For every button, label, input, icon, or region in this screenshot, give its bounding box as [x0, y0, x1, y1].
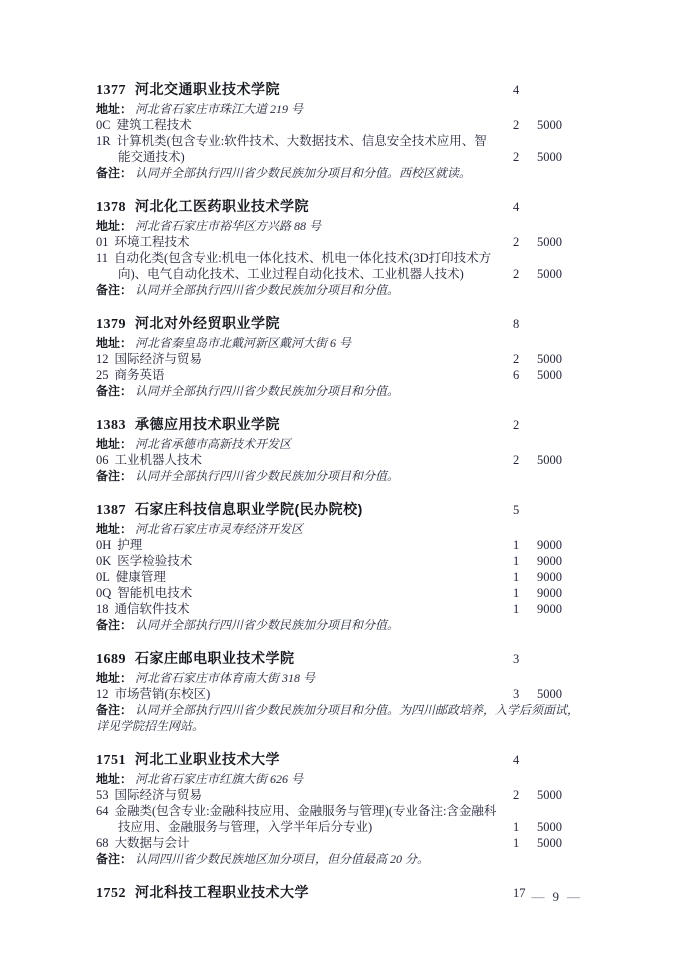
- school-remark-row: 备注：认同并全部执行四川省少数民族加分项目和分值。为四川邮政培养，入学后须面试，…: [96, 702, 587, 734]
- major-name-cell: 12国际经济与贸易: [96, 351, 513, 367]
- school-code: 1387: [96, 503, 126, 518]
- major-title: 计算机类(包含专业:软件技术、大数据技术、信息安全技术应用、智能交通技术): [117, 134, 487, 164]
- major-row: 0L健康管理 1 9000: [96, 569, 562, 585]
- major-fee: 5000: [533, 452, 562, 468]
- major-row: 11自动化类(包含专业:机电一体化技术、机电一体化技术(3D打印技术方向)、电气…: [96, 250, 562, 282]
- address-label: 地址：: [96, 219, 132, 233]
- major-fee: 5000: [533, 367, 562, 383]
- school-block: 1378河北化工医药职业技术学院 4 地址：河北省石家庄市裕华区方兴路 88 号…: [96, 197, 562, 298]
- school-address-row: 地址：河北省石家庄市体育南大街 318 号: [96, 670, 562, 686]
- major-name-cell: 12市场营销(东校区): [96, 686, 513, 702]
- major-name-cell: 11自动化类(包含专业:机电一体化技术、机电一体化技术(3D打印技术方向)、电气…: [96, 250, 513, 282]
- major-title: 医学检验技术: [117, 554, 192, 568]
- major-fee: 9000: [533, 537, 562, 553]
- school-name: 河北科技工程职业技术大学: [135, 884, 309, 900]
- school-address: 河北省石家庄市珠江大道 219 号: [135, 102, 303, 116]
- school-code: 1383: [96, 418, 126, 433]
- school-title: 1752河北科技工程职业技术大学: [96, 883, 513, 903]
- school-address-row: 地址：河北省石家庄市灵寿经济开发区: [96, 521, 562, 537]
- major-code: 06: [96, 453, 109, 467]
- major-code: 12: [96, 687, 109, 701]
- major-title: 国际经济与贸易: [115, 352, 203, 366]
- major-fee: 5000: [533, 351, 562, 367]
- school-title-row: 1689石家庄邮电职业技术学院 3: [96, 649, 562, 669]
- major-code: 18: [96, 602, 109, 616]
- address-label: 地址：: [96, 437, 132, 451]
- school-plan-count: 17: [513, 884, 533, 903]
- major-title: 智能机电技术: [117, 586, 192, 600]
- major-name-cell: 0H护理: [96, 537, 513, 553]
- school-block: 1379河北对外经贸职业学院 8 地址：河北省秦皇岛市北戴河新区戴河大街 6 号…: [96, 314, 562, 399]
- major-title: 市场营销(东校区): [115, 687, 211, 701]
- major-code: 1R: [96, 134, 111, 148]
- school-title: 1751河北工业职业技术大学: [96, 750, 513, 770]
- address-label: 地址：: [96, 772, 132, 786]
- school-plan-count: 2: [513, 416, 533, 435]
- major-count: 1: [513, 835, 533, 851]
- school-title-row: 1378河北化工医药职业技术学院 4: [96, 197, 562, 217]
- school-name: 石家庄邮电职业技术学院: [135, 650, 295, 666]
- major-count: 1: [513, 569, 533, 585]
- major-fee: 5000: [533, 117, 562, 133]
- major-code: 25: [96, 368, 109, 382]
- major-fee: 5000: [533, 234, 562, 250]
- school-address-row: 地址：河北省秦皇岛市北戴河新区戴河大街 6 号: [96, 335, 562, 351]
- major-row: 25商务英语 6 5000: [96, 367, 562, 383]
- school-title-row: 1383承德应用技术职业学院 2: [96, 415, 562, 435]
- school-remark: 认同四川省少数民族地区加分项目，但分值最高 20 分。: [135, 852, 429, 866]
- major-fee: 5000: [533, 787, 562, 803]
- address-label: 地址：: [96, 336, 132, 350]
- school-address: 河北省石家庄市体育南大街 318 号: [135, 671, 315, 685]
- major-code: 0H: [96, 538, 111, 552]
- major-name-cell: 06工业机器人技术: [96, 452, 513, 468]
- major-name-cell: 68大数据与会计: [96, 835, 513, 851]
- major-fee: 5000: [533, 819, 562, 835]
- major-count: 1: [513, 553, 533, 569]
- major-list: 0C建筑工程技术 2 5000 1R计算机类(包含专业:软件技术、大数据技术、信…: [96, 117, 562, 165]
- major-count: 2: [513, 266, 533, 282]
- school-address: 河北省石家庄市红旗大街 626 号: [135, 772, 303, 786]
- major-count: 1: [513, 601, 533, 617]
- major-count: 1: [513, 585, 533, 601]
- major-count: 2: [513, 351, 533, 367]
- school-address-row: 地址：河北省石家庄市裕华区方兴路 88 号: [96, 218, 562, 234]
- major-list: 12国际经济与贸易 2 5000 25商务英语 6 5000: [96, 351, 562, 383]
- address-label: 地址：: [96, 671, 132, 685]
- school-title: 1378河北化工医药职业技术学院: [96, 197, 513, 217]
- major-list: 06工业机器人技术 2 5000: [96, 452, 562, 468]
- school-block: 1383承德应用技术职业学院 2 地址：河北省承德市高新技术开发区 06工业机器…: [96, 415, 562, 484]
- major-row: 12市场营销(东校区) 3 5000: [96, 686, 562, 702]
- major-row: 0K医学检验技术 1 9000: [96, 553, 562, 569]
- major-title: 建筑工程技术: [117, 118, 192, 132]
- remark-label: 备注：: [96, 703, 132, 717]
- major-fee: 9000: [533, 553, 562, 569]
- school-plan-count: 3: [513, 650, 533, 669]
- school-name: 承德应用技术职业学院: [135, 416, 280, 432]
- school-title-row: 1379河北对外经贸职业学院 8: [96, 314, 562, 334]
- remark-label: 备注：: [96, 618, 132, 632]
- major-code: 12: [96, 352, 109, 366]
- major-code: 0K: [96, 554, 111, 568]
- major-row: 12国际经济与贸易 2 5000: [96, 351, 562, 367]
- major-row: 0Q智能机电技术 1 9000: [96, 585, 562, 601]
- major-count: 2: [513, 787, 533, 803]
- major-code: 53: [96, 788, 109, 802]
- school-code: 1752: [96, 886, 126, 901]
- major-name-cell: 1R计算机类(包含专业:软件技术、大数据技术、信息安全技术应用、智能交通技术): [96, 133, 513, 165]
- major-name-cell: 0K医学检验技术: [96, 553, 513, 569]
- school-remark: 认同并全部执行四川省少数民族加分项目和分值。西校区就读。: [135, 166, 471, 180]
- school-block: 1752河北科技工程职业技术大学 17: [96, 883, 562, 903]
- school-title: 1383承德应用技术职业学院: [96, 415, 513, 435]
- school-plan-count: 4: [513, 751, 533, 770]
- major-code: 0Q: [96, 586, 111, 600]
- page-footer: — 9 —: [532, 889, 581, 905]
- major-row: 0C建筑工程技术 2 5000: [96, 117, 562, 133]
- major-count: 2: [513, 149, 533, 165]
- major-count: 1: [513, 537, 533, 553]
- school-plan-count: 5: [513, 501, 533, 520]
- major-name-cell: 0C建筑工程技术: [96, 117, 513, 133]
- major-fee: 5000: [533, 686, 562, 702]
- school-remark: 认同并全部执行四川省少数民族加分项目和分值。: [135, 469, 399, 483]
- remark-label: 备注：: [96, 384, 132, 398]
- major-row: 01环境工程技术 2 5000: [96, 234, 562, 250]
- school-remark-row: 备注：认同并全部执行四川省少数民族加分项目和分值。西校区就读。: [96, 165, 587, 181]
- major-row: 68大数据与会计 1 5000: [96, 835, 562, 851]
- major-title: 国际经济与贸易: [115, 788, 203, 802]
- major-code: 11: [96, 251, 108, 265]
- remark-label: 备注：: [96, 852, 132, 866]
- footer-dash-left: —: [532, 889, 545, 905]
- school-code: 1689: [96, 652, 126, 667]
- school-plan-count: 8: [513, 315, 533, 334]
- major-title: 大数据与会计: [115, 836, 190, 850]
- major-row: 18通信软件技术 1 9000: [96, 601, 562, 617]
- school-remark: 认同并全部执行四川省少数民族加分项目和分值。: [135, 618, 399, 632]
- school-address: 河北省石家庄市裕华区方兴路 88 号: [135, 219, 321, 233]
- major-count: 3: [513, 686, 533, 702]
- school-code: 1379: [96, 317, 126, 332]
- school-title: 1689石家庄邮电职业技术学院: [96, 649, 513, 669]
- major-row: 53国际经济与贸易 2 5000: [96, 787, 562, 803]
- major-title: 通信软件技术: [115, 602, 190, 616]
- major-code: 01: [96, 235, 109, 249]
- major-title: 工业机器人技术: [115, 453, 203, 467]
- major-count: 6: [513, 367, 533, 383]
- major-name-cell: 0Q智能机电技术: [96, 585, 513, 601]
- document-page: 1377河北交通职业技术学院 4 地址：河北省石家庄市珠江大道 219 号 0C…: [0, 0, 680, 961]
- school-remark-row: 备注：认同并全部执行四川省少数民族加分项目和分值。: [96, 383, 587, 399]
- remark-label: 备注：: [96, 166, 132, 180]
- school-address-row: 地址：河北省承德市高新技术开发区: [96, 436, 562, 452]
- major-fee: 9000: [533, 569, 562, 585]
- major-list: 12市场营销(东校区) 3 5000: [96, 686, 562, 702]
- major-code: 64: [96, 804, 109, 818]
- major-name-cell: 53国际经济与贸易: [96, 787, 513, 803]
- school-block: 1387石家庄科技信息职业学院(民办院校) 5 地址：河北省石家庄市灵寿经济开发…: [96, 500, 562, 633]
- school-remark-row: 备注：认同并全部执行四川省少数民族加分项目和分值。: [96, 282, 587, 298]
- school-block: 1751河北工业职业技术大学 4 地址：河北省石家庄市红旗大街 626 号 53…: [96, 750, 562, 867]
- remark-label: 备注：: [96, 283, 132, 297]
- major-row: 0H护理 1 9000: [96, 537, 562, 553]
- school-title-row: 1751河北工业职业技术大学 4: [96, 750, 562, 770]
- major-row: 1R计算机类(包含专业:软件技术、大数据技术、信息安全技术应用、智能交通技术) …: [96, 133, 562, 165]
- school-title: 1387石家庄科技信息职业学院(民办院校): [96, 500, 513, 520]
- major-title: 环境工程技术: [115, 235, 190, 249]
- major-name-cell: 64金融类(包含专业:金融科技应用、金融服务与管理)(专业备注:含金融科技应用、…: [96, 803, 513, 835]
- major-count: 2: [513, 234, 533, 250]
- school-code: 1751: [96, 753, 126, 768]
- address-label: 地址：: [96, 102, 132, 116]
- school-name: 石家庄科技信息职业学院(民办院校): [135, 501, 363, 517]
- school-code: 1377: [96, 83, 126, 98]
- major-row: 06工业机器人技术 2 5000: [96, 452, 562, 468]
- school-name: 河北交通职业技术学院: [135, 81, 280, 97]
- school-name: 河北化工医药职业技术学院: [135, 198, 309, 214]
- school-title-row: 1377河北交通职业技术学院 4: [96, 80, 562, 100]
- major-title: 护理: [117, 538, 142, 552]
- school-remark: 认同并全部执行四川省少数民族加分项目和分值。: [135, 384, 399, 398]
- school-remark-row: 备注：认同并全部执行四川省少数民族加分项目和分值。: [96, 468, 587, 484]
- major-count: 1: [513, 819, 533, 835]
- major-title: 健康管理: [116, 570, 166, 584]
- school-remark-row: 备注：认同并全部执行四川省少数民族加分项目和分值。: [96, 617, 587, 633]
- school-title-row: 1387石家庄科技信息职业学院(民办院校) 5: [96, 500, 562, 520]
- school-block: 1377河北交通职业技术学院 4 地址：河北省石家庄市珠江大道 219 号 0C…: [96, 80, 562, 181]
- major-name-cell: 0L健康管理: [96, 569, 513, 585]
- school-block: 1689石家庄邮电职业技术学院 3 地址：河北省石家庄市体育南大街 318 号 …: [96, 649, 562, 734]
- major-fee: 5000: [533, 266, 562, 282]
- major-name-cell: 18通信软件技术: [96, 601, 513, 617]
- major-title: 金融类(包含专业:金融科技应用、金融服务与管理)(专业备注:含金融科技应用、金融…: [115, 804, 497, 834]
- major-name-cell: 25商务英语: [96, 367, 513, 383]
- address-label: 地址：: [96, 522, 132, 536]
- major-code: 0L: [96, 570, 110, 584]
- school-list: 1377河北交通职业技术学院 4 地址：河北省石家庄市珠江大道 219 号 0C…: [96, 80, 562, 919]
- major-list: 01环境工程技术 2 5000 11自动化类(包含专业:机电一体化技术、机电一体…: [96, 234, 562, 282]
- school-address: 河北省承德市高新技术开发区: [135, 437, 291, 451]
- school-name: 河北工业职业技术大学: [135, 751, 280, 767]
- major-list: 53国际经济与贸易 2 5000 64金融类(包含专业:金融科技应用、金融服务与…: [96, 787, 562, 851]
- major-name-cell: 01环境工程技术: [96, 234, 513, 250]
- major-code: 68: [96, 836, 109, 850]
- school-name: 河北对外经贸职业学院: [135, 315, 280, 331]
- school-address: 河北省秦皇岛市北戴河新区戴河大街 6 号: [135, 336, 351, 350]
- major-count: 2: [513, 117, 533, 133]
- major-fee: 5000: [533, 835, 562, 851]
- school-title: 1379河北对外经贸职业学院: [96, 314, 513, 334]
- major-title: 商务英语: [115, 368, 165, 382]
- major-title: 自动化类(包含专业:机电一体化技术、机电一体化技术(3D打印技术方向)、电气自动…: [114, 251, 491, 281]
- school-title-row: 1752河北科技工程职业技术大学 17: [96, 883, 562, 903]
- school-plan-count: 4: [513, 198, 533, 217]
- school-address: 河北省石家庄市灵寿经济开发区: [135, 522, 303, 536]
- major-fee: 9000: [533, 601, 562, 617]
- major-code: 0C: [96, 118, 111, 132]
- school-address-row: 地址：河北省石家庄市红旗大街 626 号: [96, 771, 562, 787]
- school-title: 1377河北交通职业技术学院: [96, 80, 513, 100]
- major-list: 0H护理 1 9000 0K医学检验技术 1 9000 0L健康管理 1 900…: [96, 537, 562, 617]
- major-fee: 5000: [533, 149, 562, 165]
- major-count: 2: [513, 452, 533, 468]
- school-plan-count: 4: [513, 81, 533, 100]
- footer-dash-right: —: [567, 889, 580, 905]
- school-address-row: 地址：河北省石家庄市珠江大道 219 号: [96, 101, 562, 117]
- school-remark: 认同并全部执行四川省少数民族加分项目和分值。: [135, 283, 399, 297]
- major-fee: 9000: [533, 585, 562, 601]
- page-number: 9: [553, 889, 560, 905]
- remark-label: 备注：: [96, 469, 132, 483]
- school-remark: 认同并全部执行四川省少数民族加分项目和分值。为四川邮政培养，入学后须面试，详见学…: [96, 703, 579, 733]
- school-code: 1378: [96, 200, 126, 215]
- major-row: 64金融类(包含专业:金融科技应用、金融服务与管理)(专业备注:含金融科技应用、…: [96, 803, 562, 835]
- school-remark-row: 备注：认同四川省少数民族地区加分项目，但分值最高 20 分。: [96, 851, 587, 867]
